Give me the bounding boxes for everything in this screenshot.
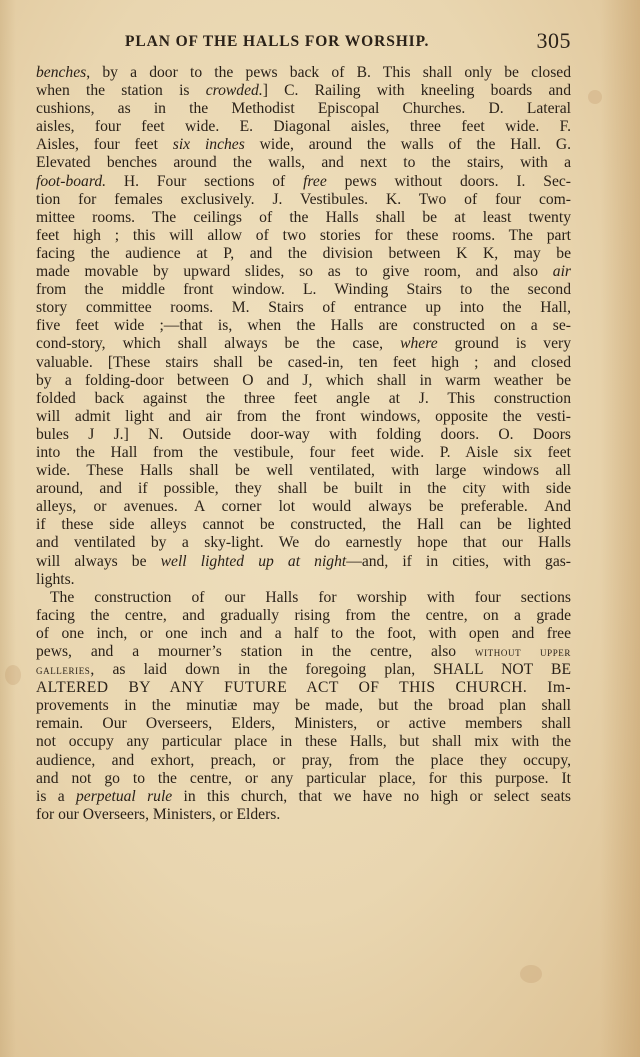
text-line: when the station is crowded.] C. Railing…: [36, 82, 571, 100]
text-line: is a perpetual rule in this church, that…: [36, 788, 571, 806]
text-line: provements in the minutiæ may be made, b…: [36, 697, 571, 715]
text-run: audience, and exhort, preach, or pray, f…: [36, 752, 571, 769]
text-line: remain. Our Overseers, Elders, Ministers…: [36, 715, 571, 733]
text-run: and ventilated by a sky-light. We do ear…: [36, 534, 571, 551]
text-run: , by a door to the pews back of B. This …: [86, 64, 571, 81]
text-run: cond-story, which shall always be the ca…: [36, 335, 400, 352]
text-run: provements in the minutiæ may be made, b…: [36, 697, 571, 714]
text-run: Aisles, four feet: [36, 136, 173, 153]
text-run: facing the centre, and gradually rising …: [36, 607, 571, 624]
text-line: around, and if possible, they shall be b…: [36, 480, 571, 498]
text-run: feet high ; this will allow of two stori…: [36, 227, 571, 244]
text-run: mittee rooms. The ceilings of the Halls …: [36, 209, 571, 226]
text-line: five feet wide ;—that is, when the Halls…: [36, 317, 571, 335]
text-run: —and, if in cities, with gas-: [346, 553, 571, 570]
italic-text: free: [303, 173, 327, 190]
text-line: Elevated benches around the walls, and n…: [36, 154, 571, 172]
text-line: galleries, as laid down in the foregoing…: [36, 661, 571, 679]
text-line: The construction of our Halls for worshi…: [36, 589, 571, 607]
text-run: of one inch, or one inch and a half to t…: [36, 625, 571, 642]
text-run: for our Overseers, Ministers, or Elders.: [36, 806, 280, 823]
text-line: alleys, or avenues. A corner lot would a…: [36, 498, 571, 516]
text-run: not occupy any particular place in these…: [36, 733, 571, 750]
text-run: in this church, that we have no high or …: [172, 788, 571, 805]
text-run: H. Four sections of: [106, 173, 303, 190]
text-line: by a folding-door between O and J, which…: [36, 372, 571, 390]
text-run: from the middle front window. L. Winding…: [36, 281, 571, 298]
text-line: facing the audience at P, and the divisi…: [36, 245, 571, 263]
text-run: into the Hall from the vestibule, four f…: [36, 444, 571, 461]
text-run: ALTERED BY ANY FUTURE ACT OF THIS CHURCH…: [36, 679, 571, 696]
page-number: 305: [537, 28, 572, 54]
text-line: facing the centre, and gradually rising …: [36, 607, 571, 625]
text-line: foot-board. H. Four sections of free pew…: [36, 173, 571, 191]
text-run: bules J J.] N. Outside door-way with fol…: [36, 426, 571, 443]
text-line: into the Hall from the vestibule, four f…: [36, 444, 571, 462]
italic-text: well lighted up at night: [161, 553, 347, 570]
text-run: aisles, four feet wide. E. Diagonal aisl…: [36, 118, 571, 135]
text-run: ] C. Railing with kneeling boards and: [263, 82, 571, 99]
text-line: not occupy any particular place in these…: [36, 733, 571, 751]
text-run: pews, and a mourner’s station in the cen…: [36, 643, 475, 660]
italic-text: six inches: [173, 136, 245, 153]
body-text: benches, by a door to the pews back of B…: [36, 64, 571, 824]
text-run: wide. These Halls shall be well ventilat…: [36, 462, 571, 479]
text-line: valuable. [These stairs shall be cased-i…: [36, 354, 571, 372]
text-run: alleys, or avenues. A corner lot would a…: [36, 498, 571, 515]
text-line: pews, and a mourner’s station in the cen…: [36, 643, 571, 661]
text-line: audience, and exhort, preach, or pray, f…: [36, 752, 571, 770]
text-line: aisles, four feet wide. E. Diagonal aisl…: [36, 118, 571, 136]
text-line: will admit light and air from the front …: [36, 408, 571, 426]
text-line: cond-story, which shall always be the ca…: [36, 335, 571, 353]
text-line: and ventilated by a sky-light. We do ear…: [36, 534, 571, 552]
page-edge-shadow-right: [600, 0, 640, 1057]
text-line: will always be well lighted up at night—…: [36, 553, 571, 571]
text-line: from the middle front window. L. Winding…: [36, 281, 571, 299]
text-run: lights.: [36, 571, 75, 588]
text-run: facing the audience at P, and the divisi…: [36, 245, 571, 262]
text-line: cushions, as in the Methodist Episcopal …: [36, 100, 571, 118]
text-line: and not go to the centre, or any particu…: [36, 770, 571, 788]
italic-text: benches: [36, 64, 86, 81]
page-header: PLAN OF THE HALLS FOR WORSHIP. 305: [125, 30, 575, 56]
small-caps-text: without upper: [475, 644, 571, 659]
text-line: story committee rooms. M. Stairs of entr…: [36, 299, 571, 317]
text-run: story committee rooms. M. Stairs of entr…: [36, 299, 571, 316]
text-run: when the station is: [36, 82, 206, 99]
text-line: if these side alleys cannot be construct…: [36, 516, 571, 534]
text-run: if these side alleys cannot be construct…: [36, 516, 571, 533]
text-line: for our Overseers, Ministers, or Elders.: [36, 806, 571, 824]
text-line: tion for females exclusively. J. Vestibu…: [36, 191, 571, 209]
text-run: made movable by upward slides, so as to …: [36, 263, 553, 280]
foxing-spot: [520, 965, 542, 983]
text-line: lights.: [36, 571, 571, 589]
text-line: ALTERED BY ANY FUTURE ACT OF THIS CHURCH…: [36, 679, 571, 697]
italic-text: where: [400, 335, 438, 352]
text-run: and not go to the centre, or any particu…: [36, 770, 571, 787]
text-line: benches, by a door to the pews back of B…: [36, 64, 571, 82]
text-line: feet high ; this will allow of two stori…: [36, 227, 571, 245]
paragraph: The construction of our Halls for worshi…: [36, 589, 571, 824]
text-line: of one inch, or one inch and a half to t…: [36, 625, 571, 643]
text-run: Elevated benches around the walls, and n…: [36, 154, 571, 171]
text-line: folded back against the three feet angle…: [36, 390, 571, 408]
text-run: The construction of our Halls for worshi…: [50, 589, 571, 606]
text-run: will admit light and air from the front …: [36, 408, 571, 425]
page-edge-shadow-left: [0, 0, 16, 1057]
paragraph: benches, by a door to the pews back of B…: [36, 64, 571, 589]
italic-text: crowded.: [206, 82, 263, 99]
text-run: pews without doors. I. Sec-: [327, 173, 571, 190]
italic-text: foot-board.: [36, 173, 106, 190]
text-run: five feet wide ;—that is, when the Halls…: [36, 317, 571, 334]
text-line: wide. These Halls shall be well ventilat…: [36, 462, 571, 480]
text-run: tion for females exclusively. J. Vestibu…: [36, 191, 571, 208]
text-run: by a folding-door between O and J, which…: [36, 372, 571, 389]
text-run: cushions, as in the Methodist Episcopal …: [36, 100, 571, 117]
italic-text: air: [553, 263, 571, 280]
text-line: bules J J.] N. Outside door-way with fol…: [36, 426, 571, 444]
text-run: around, and if possible, they shall be b…: [36, 480, 571, 497]
text-run: is a: [36, 788, 76, 805]
text-line: made movable by upward slides, so as to …: [36, 263, 571, 281]
text-run: , as laid down in the foregoing plan, SH…: [90, 661, 571, 678]
text-run: ground is very: [438, 335, 571, 352]
small-caps-text: galleries: [36, 662, 90, 677]
italic-text: perpetual rule: [76, 788, 172, 805]
text-run: valuable. [These stairs shall be cased-i…: [36, 354, 571, 371]
text-run: wide, around the walls of the Hall. G.: [245, 136, 571, 153]
text-line: Aisles, four feet six inches wide, aroun…: [36, 136, 571, 154]
text-run: will always be: [36, 553, 161, 570]
text-run: folded back against the three feet angle…: [36, 390, 571, 407]
foxing-spot: [588, 90, 602, 104]
text-line: mittee rooms. The ceilings of the Halls …: [36, 209, 571, 227]
running-title: PLAN OF THE HALLS FOR WORSHIP.: [125, 33, 429, 51]
text-run: remain. Our Overseers, Elders, Ministers…: [36, 715, 571, 732]
foxing-spot: [5, 665, 21, 685]
